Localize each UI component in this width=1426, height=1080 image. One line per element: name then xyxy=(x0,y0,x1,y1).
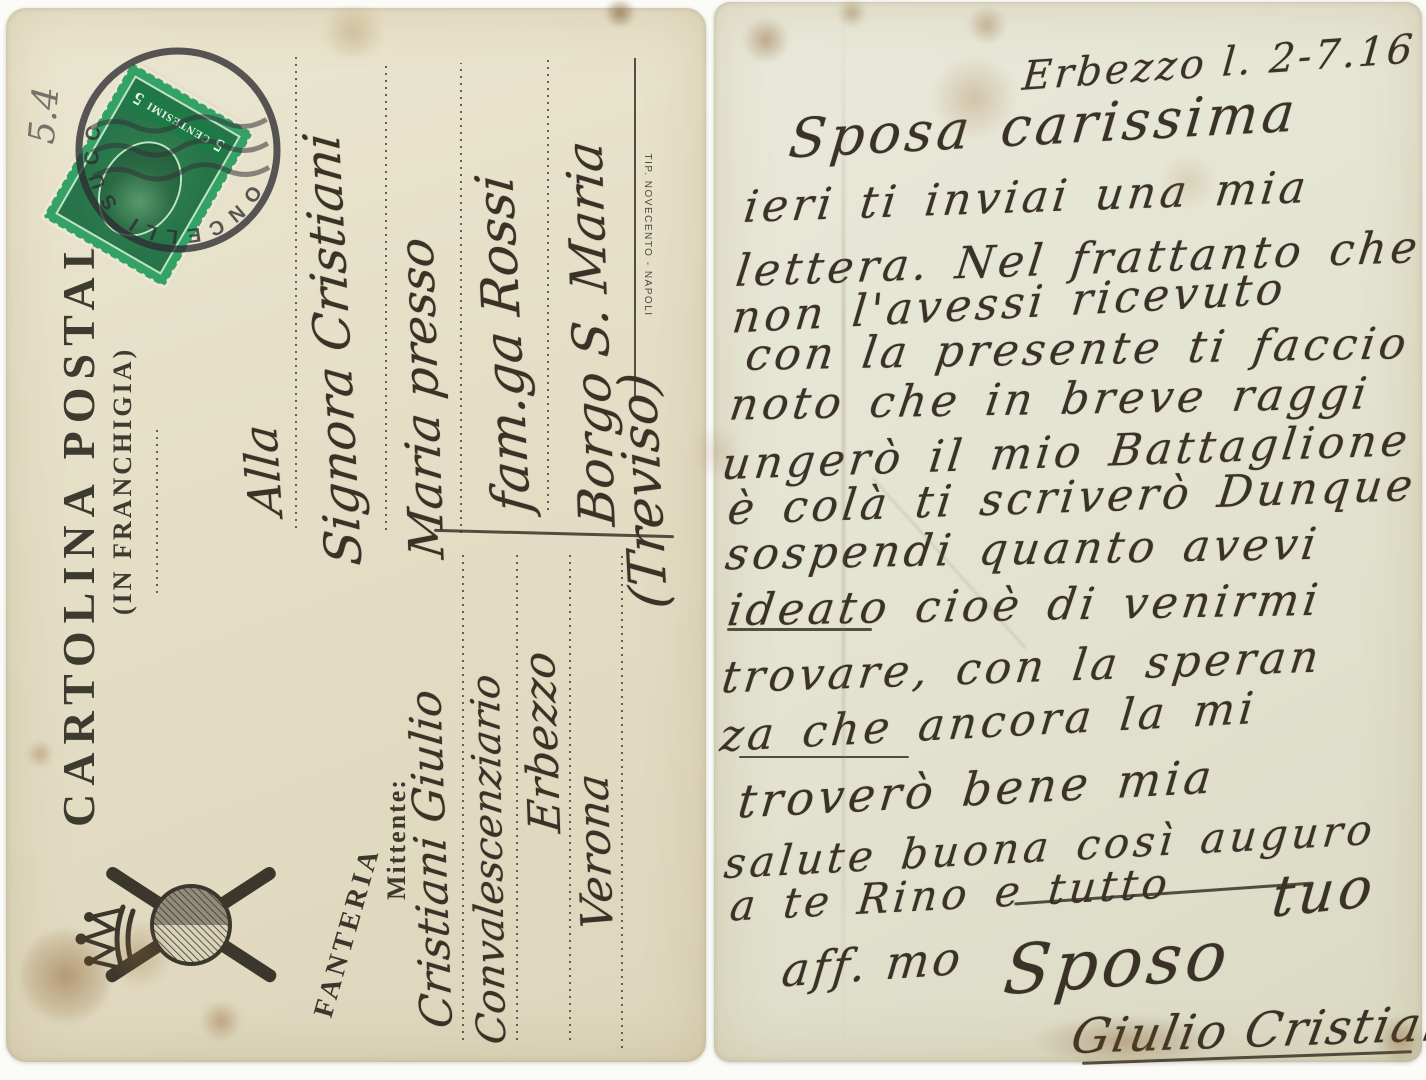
address-line: fam.ga Rossi xyxy=(465,172,543,514)
message-line: ieri ti inviai una mia xyxy=(741,162,1312,233)
sender-line: Cristiani Giulio xyxy=(400,687,463,1030)
closing-abbreviation: aff. mo xyxy=(779,930,966,997)
pencil-note: 5.4 xyxy=(22,85,68,146)
sender-ruled-line xyxy=(462,553,464,1040)
fanteria-emblem: FANTERIA xyxy=(69,830,374,1015)
stamp-value: 5 xyxy=(210,134,228,157)
card-subtitle: (IN FRANCHIGIA) xyxy=(108,347,138,615)
address-ruled-line xyxy=(460,63,462,533)
address-intro: Alla xyxy=(233,423,294,517)
postcard-back: Erbezzo l. 2-7.16 Sposa carissima ieri t… xyxy=(714,2,1422,1062)
stamp-portrait xyxy=(84,128,196,248)
address-ruled-line xyxy=(295,53,297,528)
emblem-label: FANTERIA xyxy=(308,843,386,1021)
pen-overline xyxy=(739,756,909,758)
postcard-scan: CARTOLINA POSTALE (IN FRANCHIGIA) 5.4 xyxy=(0,0,1426,1080)
address-ruled-line xyxy=(385,63,387,530)
stamp-denomination: CENTESIMI xyxy=(144,99,212,145)
sender-line: Verona xyxy=(567,771,624,932)
address-ruled-line xyxy=(547,60,549,510)
address-ruled-line xyxy=(634,58,636,398)
message-line: Sposa carissima xyxy=(786,80,1302,170)
message-line: sospendi quanto avevi xyxy=(722,519,1323,580)
card-title: CARTOLINA POSTALE xyxy=(52,192,105,827)
closing-word: Sposo xyxy=(1000,916,1235,1012)
address-line: (Treviso) xyxy=(608,371,681,611)
sender-ruled-line xyxy=(621,553,623,1048)
ruled-line xyxy=(156,428,158,593)
printer-imprint: TIP. NOVECENTO - NAPOLI xyxy=(642,150,653,320)
message-line: tuo xyxy=(1269,854,1380,931)
address-line: Signora Cristiani xyxy=(293,131,374,568)
sender-ruled-line xyxy=(516,553,518,1040)
address-line: Maria presso xyxy=(388,235,455,561)
sender-line: Convalescenziario xyxy=(463,672,516,1047)
pen-underline xyxy=(727,628,872,631)
sender-line: Erbezzo xyxy=(514,649,572,834)
